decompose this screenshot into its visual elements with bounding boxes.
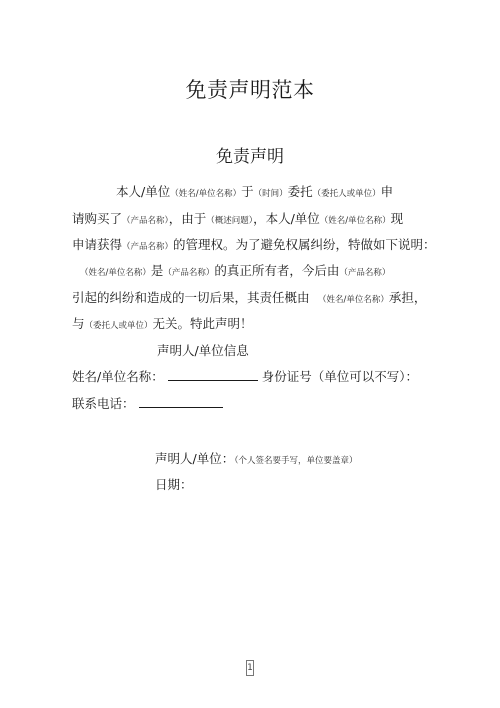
- paragraph-line-5-right: （姓名/单位名称）承担，: [318, 290, 426, 308]
- page-number: 1: [246, 660, 254, 676]
- text: 于: [241, 184, 254, 199]
- placeholder-product: （产品名称）: [122, 216, 169, 226]
- paragraph-line-1: 本人/单位（姓名/单位名称）于（时间）委托（委托人或单位）申: [116, 184, 393, 202]
- text: 是: [151, 263, 164, 278]
- declarant-note: （个人签名要手写，单位要盖章）: [234, 456, 357, 466]
- text: 申请获得: [72, 237, 122, 252]
- text: ，本人/单位: [253, 211, 320, 226]
- paragraph-line-4: （姓名/单位名称）是（产品名称）的真正所有者，今后由（产品名称）: [80, 263, 390, 281]
- placeholder-time: （时间）: [254, 189, 288, 199]
- placeholder-client: （委托人或单位）: [313, 189, 381, 199]
- name-label: 姓名/单位名称：: [72, 369, 164, 384]
- text: 承担，: [389, 290, 427, 305]
- placeholder-name: （姓名/单位名称）: [318, 295, 389, 305]
- name-row: 姓名/单位名称： 身份证号（单位可以不写）：: [72, 369, 418, 385]
- date-label: 日期：: [155, 477, 193, 493]
- placeholder-issue: （概述问题）: [206, 216, 253, 226]
- text: 请购买了: [72, 211, 122, 226]
- info-heading: 声明人/单位信息: [157, 343, 249, 359]
- document-title: 免责声明范本: [0, 74, 500, 104]
- text: 无关。特此声明！: [153, 316, 253, 331]
- phone-label: 联系电话：: [72, 396, 135, 411]
- text: 现: [391, 211, 404, 226]
- text: 引起的纠纷和造成的一切后果，其责任概由: [72, 290, 310, 305]
- text: 与: [72, 316, 85, 331]
- text: 委托: [288, 184, 313, 199]
- placeholder-product: （产品名称）: [122, 242, 173, 252]
- text: 的管理权。为了避免权属纠纷，特做如下说明：: [173, 237, 436, 252]
- text: 本人/单位: [116, 184, 170, 199]
- text: 申: [381, 184, 394, 199]
- paragraph-line-6: 与（委托人或单位）无关。特此声明！: [72, 316, 253, 334]
- text: ，由于: [169, 211, 207, 226]
- paragraph-line-2: 请购买了（产品名称），由于（概述问题），本人/单位（姓名/单位名称）现: [72, 211, 403, 229]
- placeholder-client: （委托人或单位）: [85, 321, 153, 331]
- id-label: 身份证号（单位可以不写）：: [262, 369, 418, 384]
- name-blank-line: [168, 369, 258, 381]
- placeholder-name: （姓名/单位名称）: [80, 268, 151, 278]
- declarant-label: 声明人/单位：: [155, 451, 234, 466]
- text: 的真正所有者，今后由: [214, 263, 339, 278]
- phone-row: 联系电话：: [72, 396, 223, 412]
- placeholder-name: （姓名/单位名称）: [320, 216, 391, 226]
- placeholder-product: （产品名称）: [339, 268, 390, 278]
- placeholder-name: （姓名/单位名称）: [170, 189, 241, 199]
- paragraph-line-3: 申请获得（产品名称）的管理权。为了避免权属纠纷，特做如下说明：: [72, 237, 436, 255]
- declarant-row: 声明人/单位：（个人签名要手写，单位要盖章）: [155, 451, 357, 469]
- paragraph-line-5: 引起的纠纷和造成的一切后果，其责任概由: [72, 290, 310, 306]
- phone-blank-line: [139, 396, 223, 408]
- placeholder-product: （产品名称）: [163, 268, 214, 278]
- section-title: 免责声明: [0, 142, 500, 167]
